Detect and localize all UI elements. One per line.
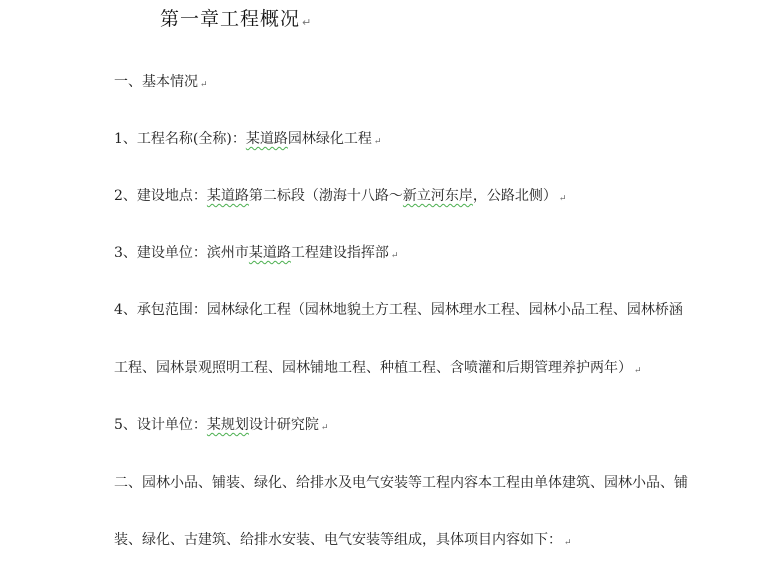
paragraph-value: ，公路北侧） bbox=[473, 188, 557, 204]
paragraph-text: 一、基本情况 bbox=[114, 74, 198, 90]
paragraph-client: 3、建设单位：滨州市某道路工程建设指挥部↵ bbox=[114, 244, 398, 265]
paragraph-project-name: 1、工程名称(全称)：某道路园林绿化工程↵ bbox=[114, 130, 381, 151]
paragraph-text: 工程、园林景观照明工程、园林铺地工程、种植工程、含喷灌和后期管理养护两年） bbox=[114, 360, 632, 376]
section-heading-basic-info: 一、基本情况↵ bbox=[114, 73, 208, 94]
spellcheck-flagged-text[interactable]: 某道路 bbox=[249, 245, 291, 261]
paragraph-mark-icon: ↵ bbox=[634, 366, 642, 376]
paragraph-text: 二、园林小品、铺装、绿化、给排水及电气安装等工程内容本工程由单体建筑、园林小品、… bbox=[114, 475, 688, 491]
paragraph-value: 第二标段（渤海十八路～ bbox=[249, 188, 403, 204]
paragraph-label: 1、工程名称(全称)： bbox=[114, 131, 246, 147]
spellcheck-flagged-text[interactable]: 某道路 bbox=[207, 188, 249, 204]
paragraph-text: 装、绿化、古建筑、给排水安装、电气安装等组成，具体项目内容如下： bbox=[114, 532, 562, 548]
document-page: 第一章工程概况↵ 一、基本情况↵ 1、工程名称(全称)：某道路园林绿化工程↵ 2… bbox=[0, 0, 780, 567]
paragraph-text: 4、承包范围：园林绿化工程（园林地貌土方工程、园林理水工程、园林小品工程、园林桥… bbox=[114, 302, 683, 318]
paragraph-scope-line2: 工程、园林景观照明工程、园林铺地工程、种植工程、含喷灌和后期管理养护两年）↵ bbox=[114, 359, 642, 380]
section-heading-works-line2: 装、绿化、古建筑、给排水安装、电气安装等组成，具体项目内容如下：↵ bbox=[114, 531, 572, 552]
paragraph-scope-line1: 4、承包范围：园林绿化工程（园林地貌土方工程、园林理水工程、园林小品工程、园林桥… bbox=[114, 301, 683, 319]
paragraph-designer: 5、设计单位：某规划设计研究院↵ bbox=[114, 416, 328, 437]
paragraph-value: 设计研究院 bbox=[249, 417, 319, 433]
paragraph-label: 2、建设地点： bbox=[114, 188, 207, 204]
chapter-title: 第一章工程概况↵ bbox=[160, 4, 312, 31]
section-heading-works-line1: 二、园林小品、铺装、绿化、给排水及电气安装等工程内容本工程由单体建筑、园林小品、… bbox=[114, 474, 688, 492]
spellcheck-flagged-text[interactable]: 某道路 bbox=[246, 131, 288, 147]
spellcheck-flagged-text[interactable]: 某规划 bbox=[207, 417, 249, 433]
spellcheck-flagged-text[interactable]: 新立河东岸 bbox=[403, 188, 473, 204]
paragraph-location: 2、建设地点：某道路第二标段（渤海十八路～新立河东岸，公路北侧）↵ bbox=[114, 187, 566, 208]
paragraph-mark-icon: ↵ bbox=[200, 80, 208, 90]
paragraph-value: 工程建设指挥部 bbox=[291, 245, 389, 261]
paragraph-value: 园林绿化工程 bbox=[288, 131, 372, 147]
paragraph-label: 3、建设单位：滨州市 bbox=[114, 245, 249, 261]
paragraph-mark-icon: ↵ bbox=[391, 251, 399, 261]
paragraph-mark-icon: ↵ bbox=[302, 16, 312, 29]
paragraph-mark-icon: ↵ bbox=[564, 538, 572, 548]
chapter-title-text: 第一章工程概况 bbox=[160, 8, 300, 30]
paragraph-mark-icon: ↵ bbox=[321, 423, 329, 433]
paragraph-mark-icon: ↵ bbox=[559, 194, 567, 204]
paragraph-label: 5、设计单位： bbox=[114, 417, 207, 433]
paragraph-mark-icon: ↵ bbox=[374, 137, 382, 147]
